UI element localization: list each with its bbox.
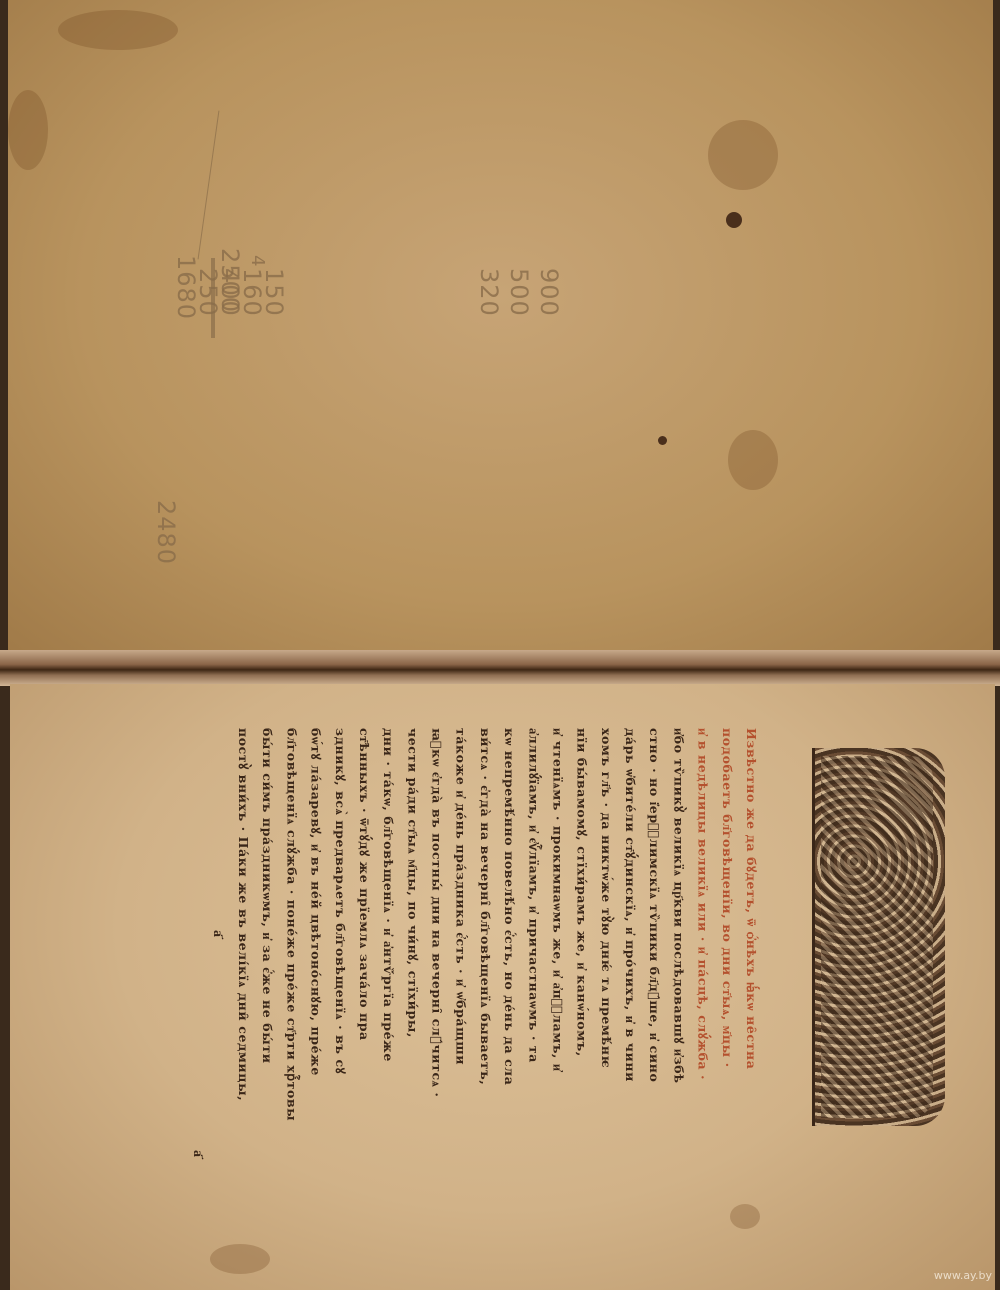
text-line: бѡ́тꙋ ла́заревꙋ, и҆ въ не́й цвѣтоно́снꙋю… <box>305 728 327 1148</box>
text-line: Извѣстно же да бꙋдетъ, ѿ ѻ҆́нѣхъ ꙗ҆́кѡ н… <box>740 728 762 1148</box>
folio-number: а҃ <box>210 930 226 937</box>
text-line: подобаетъ бл҃говѣщенїи, во дни ст҃ыѧ, м҃… <box>716 728 738 1148</box>
signature-mark: а҃ <box>190 1150 206 1157</box>
water-stain <box>210 1244 270 1274</box>
headpiece-foliage-pattern <box>821 756 933 1118</box>
pencil-stroke <box>198 111 220 260</box>
text-line: та́коже и҆ де́нь пра́здника є҆́сть · и҆ … <box>450 728 472 1148</box>
book-gutter <box>0 650 1000 686</box>
text-line: бл҃говѣщенїѧ слꙋ́жба · поне́же пре́же ст… <box>280 728 302 1148</box>
worm-hole <box>726 212 742 228</box>
upper-page-flyleaf: 900 500 320 150 160 400 250 4 2500 1680 … <box>8 0 993 657</box>
text-line: здникꙋ, всѧ̀ предварѧетъ бл҃говѣщенїѧ · … <box>329 728 351 1148</box>
water-stain <box>730 1204 760 1229</box>
text-line: стно · но і҆ерⷭ҇лимскїѧ тѷпики бл҃дꙋ́ше,… <box>643 728 665 1148</box>
pencil-note: 1680 <box>172 255 200 320</box>
text-line: ви́тсѧ · є҆гда̀ на вечерні̑ бл҃говѣщенїѧ… <box>474 728 496 1148</box>
pencil-note: 500 <box>505 268 533 317</box>
text-column: Извѣстно же да бꙋдетъ, ѿ ѻ҆́нѣхъ ꙗ҆́кѡ н… <box>232 728 762 1148</box>
text-line: чести ра́ди ст҃ыѧ м҃цы, по чи́нꙋ, стїхи́… <box>401 728 423 1148</box>
text-line: ст҃ѣнныхъ · ѿтꙋ́дꙋ же прїемлѧ зача́ло пр… <box>353 728 375 1148</box>
ornamental-headpiece <box>812 748 945 1126</box>
text-line: бы́ти си́мъ пра́здникѡмъ, и҆ за є҆́же не… <box>256 728 278 1148</box>
pencil-note-total: 2500 <box>216 248 244 313</box>
text-line: и҆бо тѷпикꙋ̀ великїѧ цр҃кви послѣдовавшꙋ… <box>667 728 689 1148</box>
watermark: www.ay.by <box>934 1269 992 1282</box>
pencil-note: 4 <box>247 255 268 267</box>
worm-hole <box>658 436 667 445</box>
text-line: нїи бы́вамомꙋ, стїхи́рамъ же, и҆ канѡ́но… <box>571 728 593 1148</box>
water-stain <box>58 10 178 50</box>
water-stain <box>708 120 778 190</box>
text-line: а҆ллилꙋ́їамъ, и҆ є҆ѵⷢ҇лїамъ, и҆ причастн… <box>522 728 544 1148</box>
text-line: дни · та́кѡ, бл҃говѣщенїѧ · и҆ а҆нтѷ́ргї… <box>377 728 399 1148</box>
pencil-note: 2480 <box>152 500 180 565</box>
water-stain <box>728 430 778 490</box>
text-line: да́рь ѡ҆бите́ли ст҃ꙋ́динскїѧ, и҆ про́чих… <box>619 728 641 1148</box>
water-stain <box>8 90 48 170</box>
text-line: постꙋ̀ вни́хъ · Па́ки же въ велі́кїѧ дни… <box>232 728 254 1148</box>
pencil-note: 900 <box>535 268 563 317</box>
text-line: и҆ в недѣлицы великїѧ или · и҆ па́сцѣ, с… <box>692 728 714 1148</box>
text-line: кѡ непремѣ́нно повелѣ́но є҆́сть, но де́н… <box>498 728 520 1148</box>
text-line: и҆ чтенїѧмъ · прокимнаѡмъ же, и҆ а҆пⷭ҇ла… <box>546 728 568 1148</box>
pencil-note: 320 <box>475 268 503 317</box>
text-line: хомъ гл҃ъ · да никтѡ́же тꙋ̀ю днѥ́ тѧ пре… <box>595 728 617 1148</box>
text-line: ꙗ҆кѡ є҆гда̀ въ постны́ дни на вечерні̑ с… <box>426 728 448 1148</box>
